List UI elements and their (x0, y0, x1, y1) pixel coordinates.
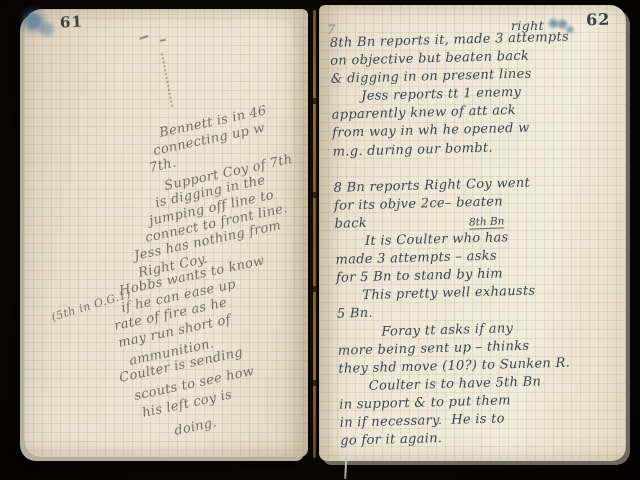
pencil-scribble-mark (159, 32, 168, 42)
pencil-scribble-mark (139, 28, 149, 40)
notebook-photo: 61 (5th in O.G.1) Bennett is in 46connec… (0, 0, 640, 480)
left-page: 61 (5th in O.G.1) Bennett is in 46connec… (24, 9, 308, 457)
right-page-number: 62 (585, 10, 610, 30)
bookmark-thread (344, 448, 348, 479)
right-page-handwriting: 8th Bn reports it, made 3 attemptson obj… (330, 27, 629, 451)
right-page: 62 7 right 8th Bn 8th Bn reports it, mad… (319, 5, 626, 461)
blue-ink-stamp (20, 5, 58, 45)
dotted-pencil-line (161, 53, 173, 106)
stitched-spine (313, 10, 316, 458)
left-page-handwriting: Bennett is in 46connecting up w7th.Suppo… (109, 125, 324, 440)
left-page-number: 61 (60, 12, 84, 31)
